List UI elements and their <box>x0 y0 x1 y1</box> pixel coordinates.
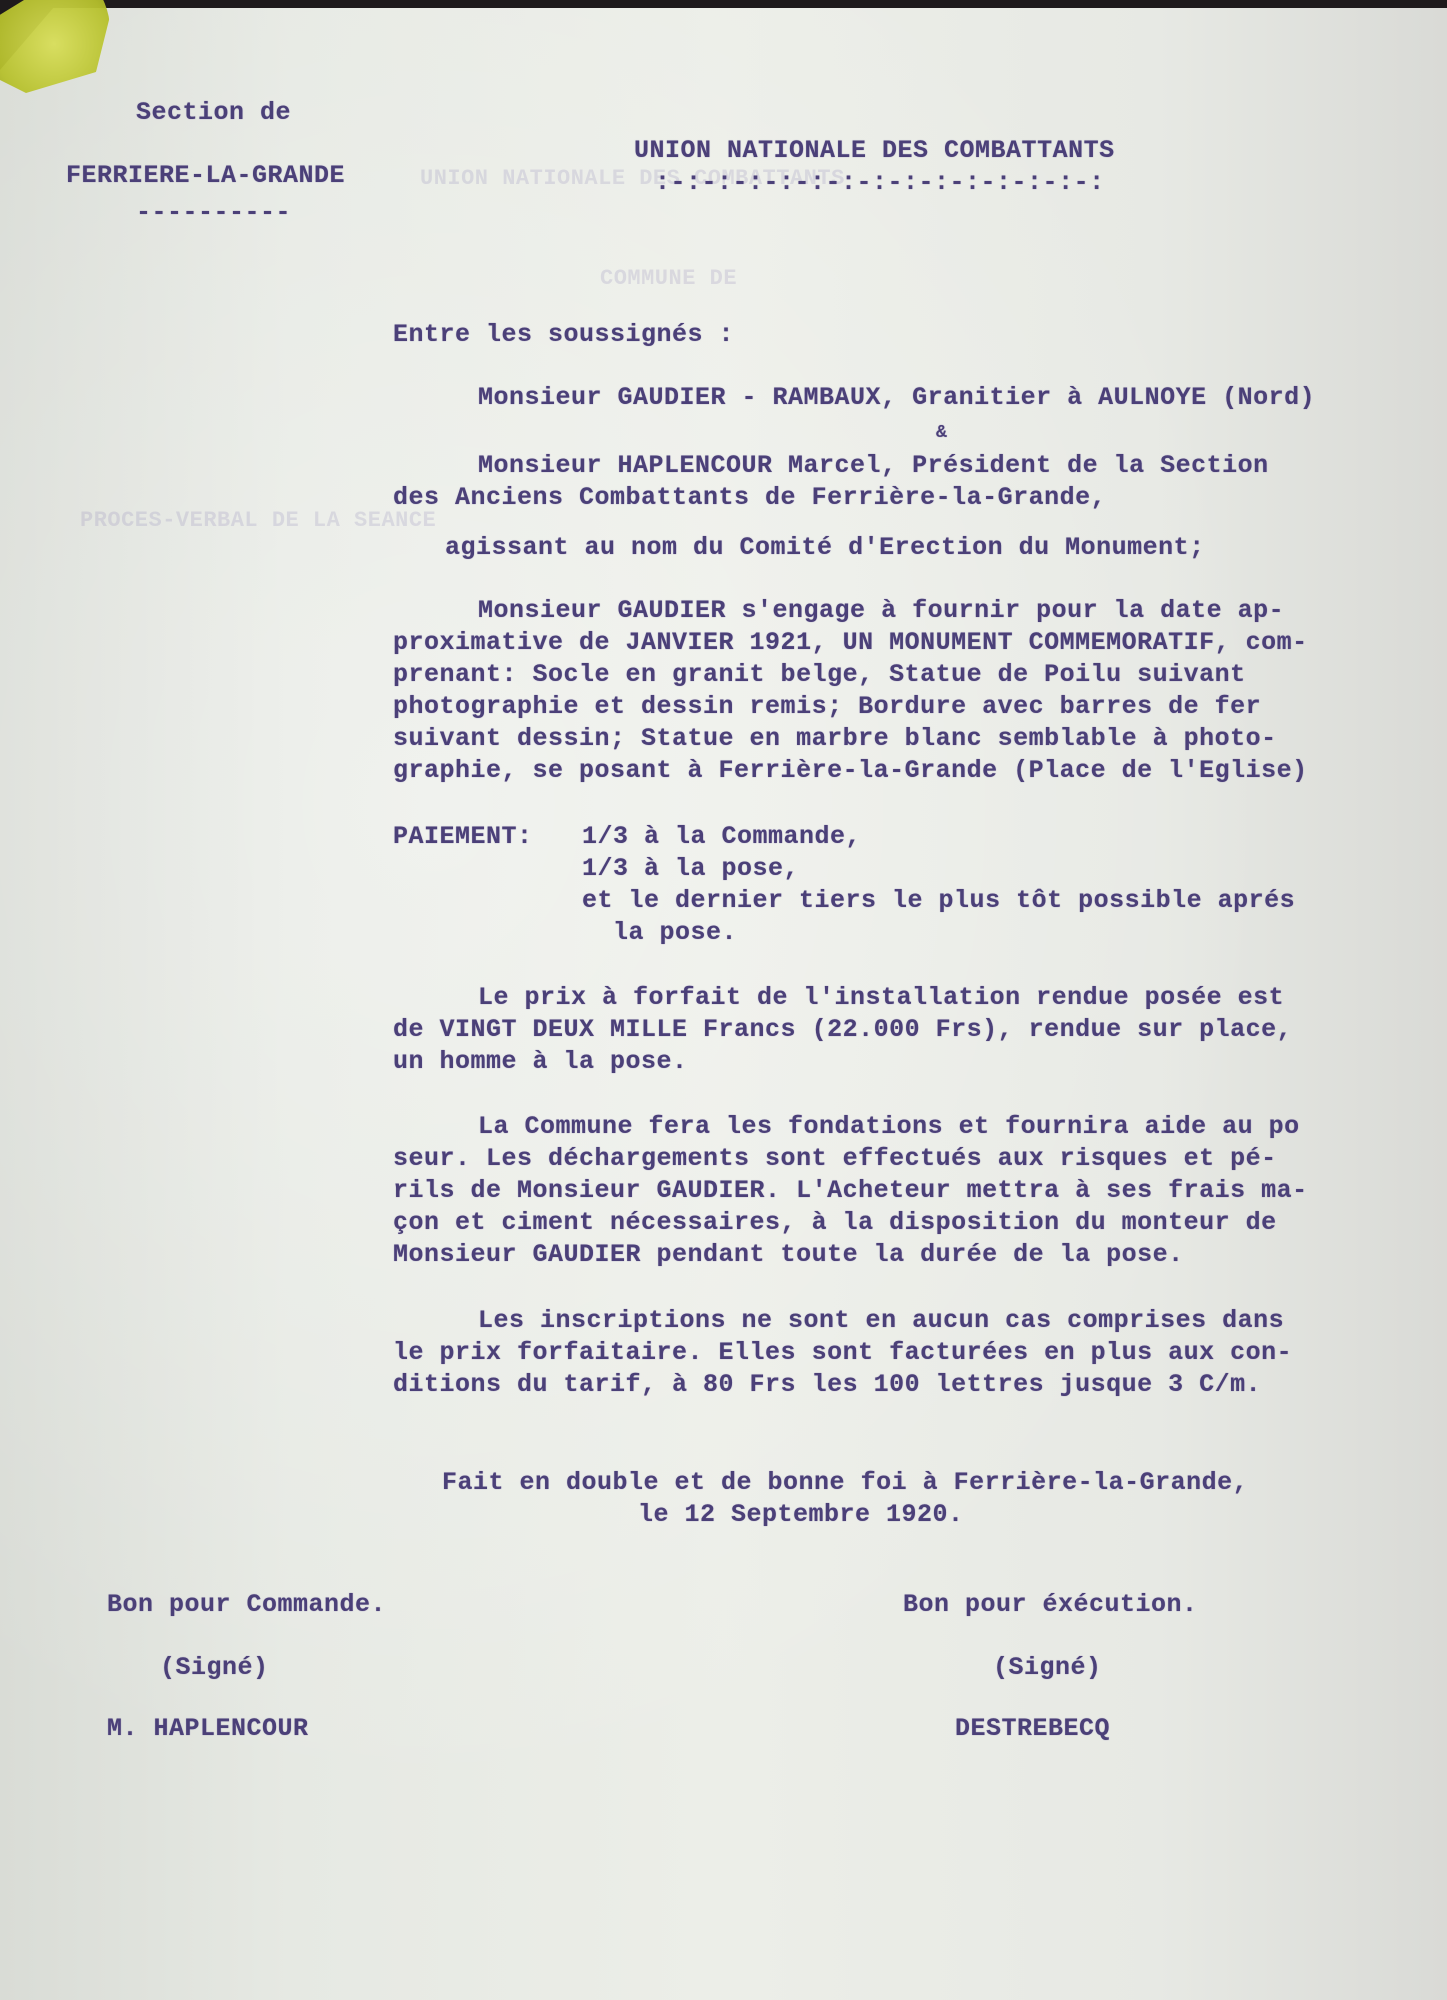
party-two-line-2: des Anciens Combattants de Ferrière-la-G… <box>393 483 1106 512</box>
inscriptions-line: le prix forfaitaire. Elles sont facturée… <box>393 1338 1292 1367</box>
signatory-name: DESTREBECQ <box>955 1714 1110 1743</box>
engagement-line: prenant: Socle en granit belge, Statue d… <box>393 660 1246 689</box>
conjunction: & <box>936 423 947 443</box>
organization-title: UNION NATIONALE DES COMBATTANTS <box>634 136 1115 165</box>
closing-date: le 12 Septembre 1920. <box>638 1500 964 1529</box>
party-one: Monsieur GAUDIER - RAMBAUX, Granitier à … <box>478 383 1315 412</box>
approval-order: Bon pour Commande. <box>107 1590 386 1619</box>
inscriptions-line: Les inscriptions ne sont en aucun cas co… <box>478 1306 1284 1335</box>
show-through-text: PROCES-VERBAL DE LA SEANCE <box>80 508 436 533</box>
signed-mark: (Signé) <box>160 1653 269 1682</box>
price-line: un homme à la pose. <box>393 1047 688 1076</box>
engagement-line: proximative de JANVIER 1921, UN MONUMENT… <box>393 628 1308 657</box>
payment-label: PAIEMENT: <box>393 822 533 851</box>
acting-on-behalf: agissant au nom du Comité d'Erection du … <box>445 533 1205 562</box>
parties-label: Entre les soussignés : <box>393 320 734 349</box>
approval-execution: Bon pour éxécution. <box>903 1590 1198 1619</box>
commune-line: çon et ciment nécessaires, à la disposit… <box>393 1208 1277 1237</box>
section-name: FERRIERE-LA-GRANDE <box>66 161 345 190</box>
engagement-line: photographie et dessin remis; Bordure av… <box>393 692 1261 721</box>
payment-term: 1/3 à la Commande, <box>582 822 861 851</box>
payment-term: 1/3 à la pose, <box>582 854 799 883</box>
engagement-line: graphie, se posant à Ferrière-la-Grande … <box>393 756 1308 785</box>
section-rule: ---------- <box>136 198 291 227</box>
payment-term: et le dernier tiers le plus tôt possible… <box>582 886 1295 915</box>
party-two-line-1: Monsieur HAPLENCOUR Marcel, Président de… <box>478 451 1269 480</box>
document-page: UNION NATIONALE DES COMBATTANTS COMMUNE … <box>0 8 1447 2000</box>
show-through-text: COMMUNE DE <box>600 266 737 291</box>
engagement-line: suivant dessin; Statue en marbre blanc s… <box>393 724 1277 753</box>
price-line: Le prix à forfait de l'installation rend… <box>478 983 1284 1012</box>
signatory-name: M. HAPLENCOUR <box>107 1714 309 1743</box>
commune-line: Monsieur GAUDIER pendant toute la durée … <box>393 1240 1184 1269</box>
commune-line: seur. Les déchargements sont effectués a… <box>393 1144 1277 1173</box>
payment-term: la pose. <box>582 918 737 947</box>
commune-line: La Commune fera les fondations et fourni… <box>478 1112 1300 1141</box>
section-label: Section de <box>136 98 291 127</box>
signed-mark: (Signé) <box>993 1653 1102 1682</box>
commune-line: rils de Monsieur GAUDIER. L'Acheteur met… <box>393 1176 1308 1205</box>
price-line: de VINGT DEUX MILLE Francs (22.000 Frs),… <box>393 1015 1292 1044</box>
engagement-line: Monsieur GAUDIER s'engage à fournir pour… <box>478 596 1284 625</box>
inscriptions-line: ditions du tarif, à 80 Frs les 100 lettr… <box>393 1370 1261 1399</box>
organization-rule: :-:-:-:-:-:-:-:-:-:-:-:-:-:-: <box>655 168 1105 197</box>
closing-place: Fait en double et de bonne foi à Ferrièr… <box>442 1468 1248 1497</box>
